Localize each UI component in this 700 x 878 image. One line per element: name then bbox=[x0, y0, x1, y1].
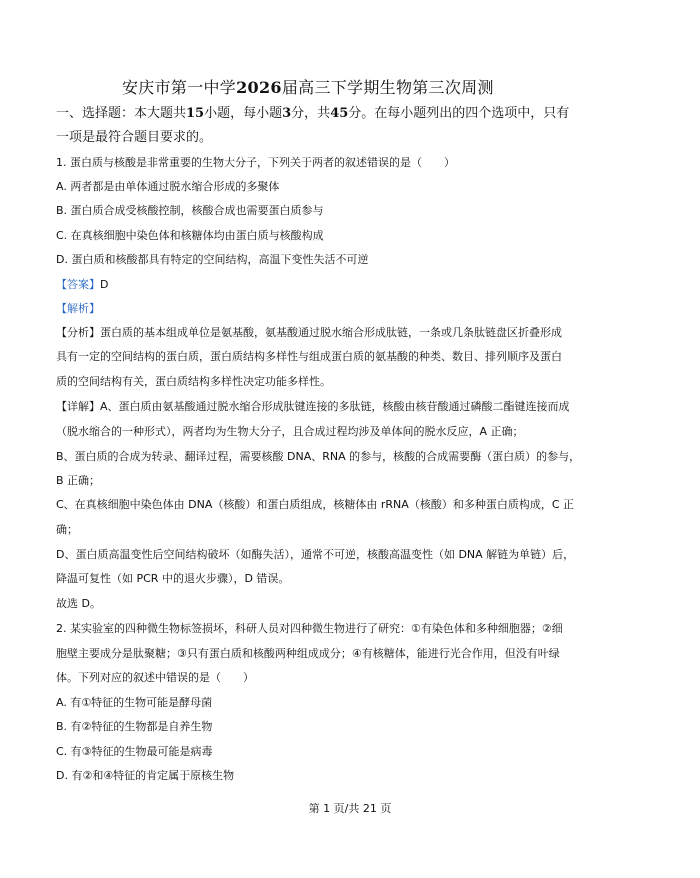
section-heading-line2: 一项是最符合题目要求的。 bbox=[56, 130, 212, 146]
question-2-option-b: B. 有②特征的生物都是自养生物 bbox=[56, 720, 212, 734]
page-title: 安庆市第一中学2026届高三下学期生物第三次周测 bbox=[122, 78, 494, 98]
page-footer: 第 1 页/共 21 页 bbox=[0, 800, 700, 816]
question-1-stem: 1. 蛋白质与核酸是非常重要的生物大分子，下列关于两者的叙述错误的是（ ） bbox=[56, 156, 455, 170]
section-text: 小题，每小题 bbox=[204, 106, 282, 121]
section-heading: 一、选择题：本大题共15小题，每小题3分，共45分。在每小题列出的四个选项中，只… bbox=[56, 106, 569, 122]
question-2-option-c: C. 有③特征的生物最可能是病毒 bbox=[56, 745, 213, 759]
explanation-line: C、在真核细胞中染色体由 DNA（核酸）和蛋白质组成，核糖体由 rRNA（核酸）… bbox=[56, 498, 574, 512]
question-2-stem: 胞壁主要成分是肽聚糖；③只有蛋白质和核酸两种组成成分；④有核糖体，能进行光合作用… bbox=[56, 647, 560, 661]
question-2-option-a: A. 有①特征的生物可能是酵母菌 bbox=[56, 696, 212, 710]
question-2-stem: 体。下列对应的叙述中错误的是（ ） bbox=[56, 671, 254, 685]
answer-label: 【答案】 bbox=[56, 278, 100, 291]
question-1-option-d: D. 蛋白质和核酸都具有特定的空间结构，高温下变性失活不可逆 bbox=[56, 253, 368, 267]
title-text-2: 届高三下学期生物第三次周测 bbox=[282, 78, 494, 97]
points-total: 45 bbox=[330, 106, 348, 121]
question-2-stem: 2. 某实验室的四种微生物标签损坏，科研人员对四种微生物进行了研究：①有染色体和… bbox=[56, 622, 563, 636]
answer-value: D bbox=[100, 278, 108, 291]
question-1-option-b: B. 蛋白质合成受核酸控制，核酸合成也需要蛋白质参与 bbox=[56, 204, 324, 218]
explanation-conclusion: 故选 D。 bbox=[56, 597, 101, 611]
analysis-label: 【解析】 bbox=[56, 302, 100, 316]
explanation-line: D、蛋白质高温变性后空间结构破坏（如酶失活），通常不可逆，核酸高温变性（如 DN… bbox=[56, 548, 574, 562]
points-each: 3 bbox=[282, 106, 291, 121]
question-2-option-d: D. 有②和④特征的肯定属于原核生物 bbox=[56, 769, 234, 783]
explanation-line: 确； bbox=[56, 523, 78, 537]
title-year: 2026 bbox=[236, 78, 282, 97]
answer-row: 【答案】D bbox=[56, 278, 108, 292]
title-text-1: 安庆市第一中学 bbox=[122, 78, 236, 97]
explanation-line: 【详解】A、蛋白质由氨基酸通过脱水缩合形成肽键连接的多肽链，核酸由核苷酸通过磷酸… bbox=[56, 400, 570, 414]
explanation-line: B、蛋白质的合成为转录、翻译过程，需要核酸 DNA、RNA 的参与，核酸的合成需… bbox=[56, 450, 580, 464]
question-count: 15 bbox=[186, 106, 204, 121]
explanation-line: 【分析】蛋白质的基本组成单位是氨基酸，氨基酸通过脱水缩合形成肽链，一条或几条肽链… bbox=[56, 326, 562, 340]
section-text: 分。在每小题列出的四个选项中，只有 bbox=[348, 106, 569, 121]
explanation-line: （脱水缩合的一种形式），两者均为生物大分子，且合成过程均涉及单体间的脱水反应，A… bbox=[56, 425, 524, 439]
explanation-line: 质的空间结构有关，蛋白质结构多样性决定功能多样性。 bbox=[56, 375, 331, 389]
question-1-option-c: C. 在真核细胞中染色体和核糖体均由蛋白质与核酸构成 bbox=[56, 229, 324, 243]
explanation-line: 具有一定的空间结构的蛋白质，蛋白质结构多样性与组成蛋白质的氨基酸的种类、数目、排… bbox=[56, 350, 562, 364]
document-page: 安庆市第一中学2026届高三下学期生物第三次周测 一、选择题：本大题共15小题，… bbox=[0, 0, 700, 878]
section-text: 一、选择题：本大题共 bbox=[56, 106, 186, 121]
explanation-line: 降温可复性（如 PCR 中的退火步骤），D 错误。 bbox=[56, 572, 289, 586]
explanation-line: B 正确； bbox=[56, 474, 100, 488]
question-1-option-a: A. 两者都是由单体通过脱水缩合形成的多聚体 bbox=[56, 180, 279, 194]
section-text: 分，共 bbox=[291, 106, 330, 121]
